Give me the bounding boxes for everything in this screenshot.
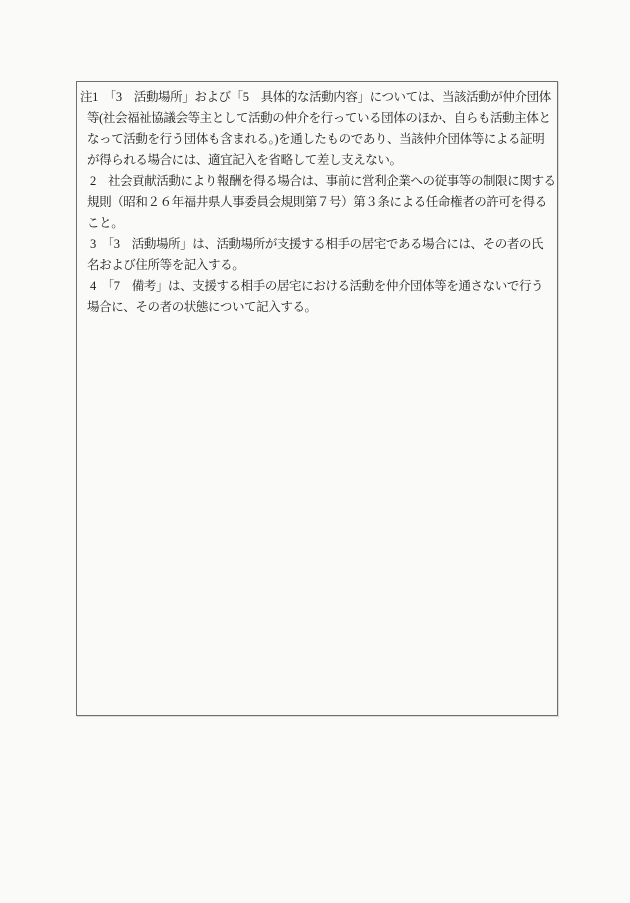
note-line-2b: 規則（昭和２６年福井県人事委員会規則第７号）第３条による任命権者の許可を得る xyxy=(77,192,557,213)
note-line-2a: 2 社会貢献活動により報酬を得る場合は、事前に営利企業への従事等の制限に関する xyxy=(77,171,557,192)
note-line-4a: 4 「7 備考」は、支援する相手の居宅における活動を仲介団体等を通さないで行う xyxy=(77,276,557,297)
notes-box: 注1 「3 活動場所」および「5 具体的な活動内容」については、当該活動が仲介団… xyxy=(76,81,558,716)
note-line-4b: 場合に、その者の状態について記入する。 xyxy=(77,297,557,318)
document-page: 注1 「3 活動場所」および「5 具体的な活動内容」については、当該活動が仲介団… xyxy=(0,0,630,903)
note-line-1b: 等(社会福祉協議会等主として活動の仲介を行っている団体のほか、自らも活動主体と xyxy=(77,108,557,129)
note-line-2c: こと。 xyxy=(77,213,557,234)
note-line-3a: 3 「3 活動場所」は、活動場所が支援する相手の居宅である場合には、その者の氏 xyxy=(77,234,557,255)
note-line-1c: なって活動を行う団体も含まれる。)を通したものであり、当該仲介団体等による証明 xyxy=(77,129,557,150)
note-line-1a: 注1 「3 活動場所」および「5 具体的な活動内容」については、当該活動が仲介団… xyxy=(77,87,557,108)
note-line-3b: 名および住所等を記入する。 xyxy=(77,255,557,276)
note-line-1d: が得られる場合には、適宜記入を省略して差し支えない。 xyxy=(77,150,557,171)
